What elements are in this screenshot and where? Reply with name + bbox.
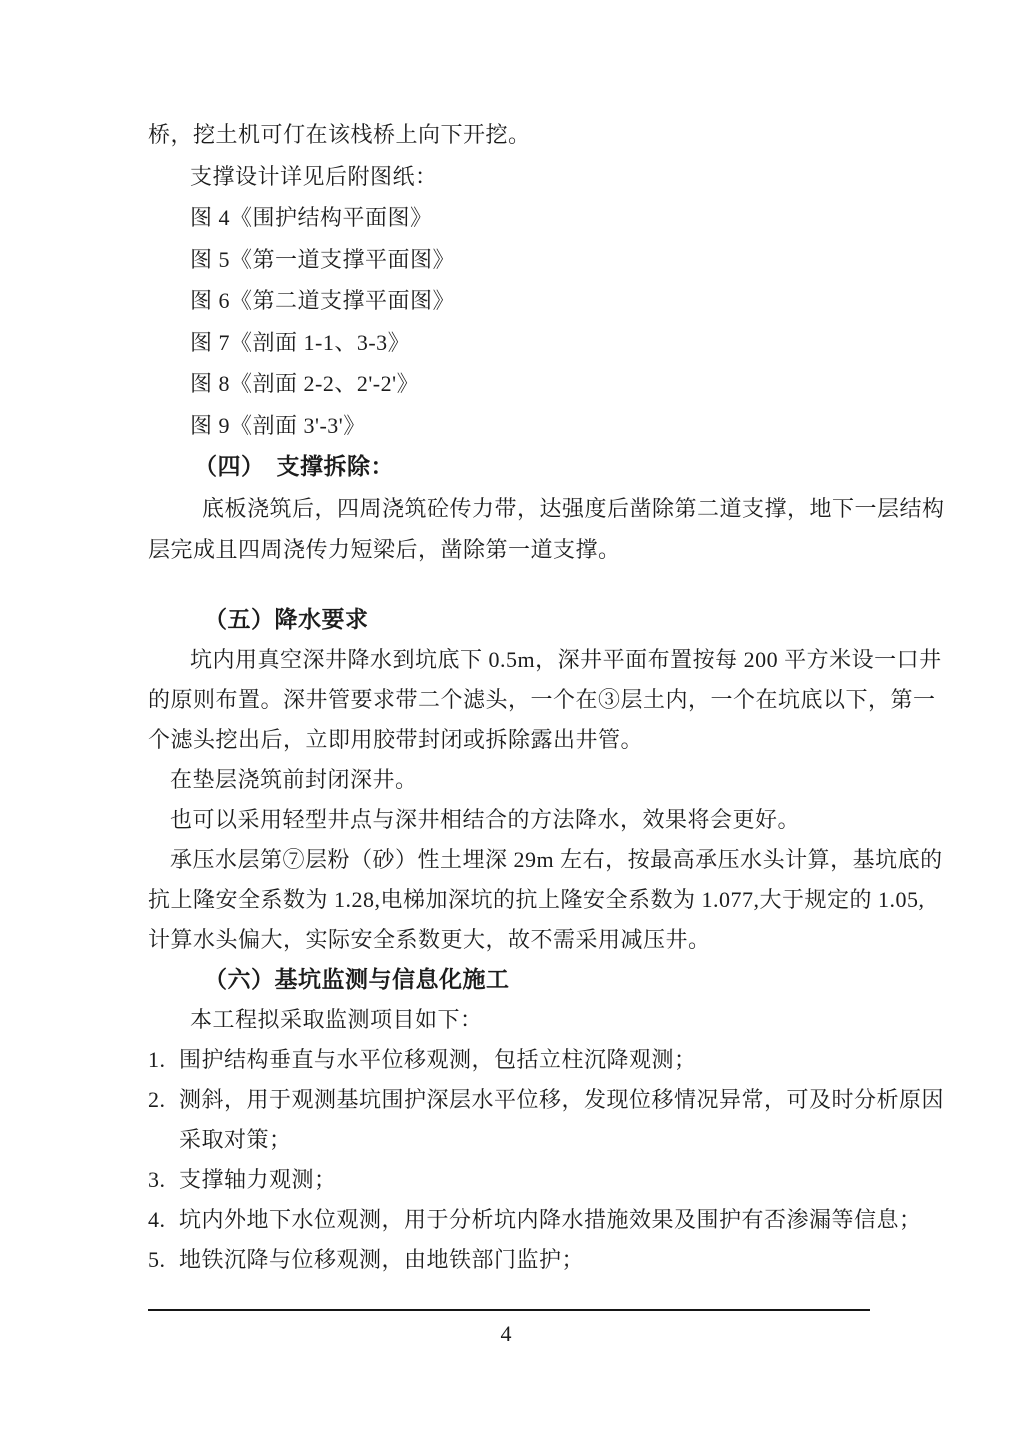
figure-reference: 图 5《第一道支撑平面图》 <box>148 239 870 281</box>
figure-reference: 图 9《剖面 3'-3'》 <box>148 405 870 447</box>
section-top: 桥，挖土机可仃在该栈桥上向下开挖。 支撑设计详见后附图纸： 图 4《围护结构平面… <box>148 114 870 571</box>
page-number: 4 <box>0 1319 1012 1349</box>
text-line: 底板浇筑后，四周浇筑砼传力带，达强度后凿除第二道支撑，地下一层结构 <box>148 488 870 530</box>
text-line: 坑内用真空深井降水到坑底下 0.5m，深井平面布置按每 200 平方米设一口井 <box>148 640 870 680</box>
document-page: 桥，挖土机可仃在该栈桥上向下开挖。 支撑设计详见后附图纸： 图 4《围护结构平面… <box>0 0 1012 1431</box>
list-number: 1. <box>148 1040 166 1080</box>
text-line: 抗上隆安全系数为 1.28,电梯加深坑的抗上隆安全系数为 1.077,大于规定的… <box>148 880 870 920</box>
figure-reference: 图 4《围护结构平面图》 <box>148 197 870 239</box>
page-content: 桥，挖土机可仃在该栈桥上向下开挖。 支撑设计详见后附图纸： 图 4《围护结构平面… <box>148 114 870 1280</box>
text-line: 层完成且四周浇传力短梁后，凿除第一道支撑。 <box>148 529 870 571</box>
list-item: 3. 支撑轴力观测； <box>148 1160 870 1200</box>
text-line: 个滤头挖出后，立即用胶带封闭或拆除露出井管。 <box>148 720 870 760</box>
text-line: 桥，挖土机可仃在该栈桥上向下开挖。 <box>148 114 870 156</box>
section-heading-5: （五）降水要求 <box>148 600 870 640</box>
section-heading-4: （四） 支撑拆除： <box>148 446 870 488</box>
list-item: 2. 测斜，用于观测基坑围护深层水平位移，发现位移情况异常，可及时分析原因 <box>148 1080 870 1120</box>
list-item-continuation: 采取对策； <box>148 1120 870 1160</box>
figure-reference: 图 8《剖面 2-2、2'-2'》 <box>148 363 870 405</box>
text-line: 承压水层第⑦层粉（砂）性土埋深 29m 左右，按最高承压水头计算，基坑底的 <box>148 840 870 880</box>
text-line: 本工程拟采取监测项目如下： <box>148 1000 870 1040</box>
text-line: 在垫层浇筑前封闭深井。 <box>148 760 870 800</box>
section-bottom: （五）降水要求 坑内用真空深井降水到坑底下 0.5m，深井平面布置按每 200 … <box>148 600 870 1280</box>
list-item-text: 围护结构垂直与水平位移观测，包括立柱沉降观测； <box>179 1047 697 1072</box>
section-heading-6: （六）基坑监测与信息化施工 <box>148 960 870 1000</box>
list-item-text: 测斜，用于观测基坑围护深层水平位移，发现位移情况异常，可及时分析原因 <box>179 1087 944 1112</box>
list-number: 2. <box>148 1080 166 1120</box>
paragraph-spacer <box>148 571 870 600</box>
list-item-text: 支撑轴力观测； <box>179 1167 337 1192</box>
list-item-text: 坑内外地下水位观测，用于分析坑内降水措施效果及围护有否渗漏等信息； <box>179 1207 922 1232</box>
figure-reference: 图 6《第二道支撑平面图》 <box>148 280 870 322</box>
text-line: 计算水头偏大，实际安全系数更大，故不需采用减压井。 <box>148 920 870 960</box>
list-number: 4. <box>148 1200 166 1240</box>
list-item: 1. 围护结构垂直与水平位移观测，包括立柱沉降观测； <box>148 1040 870 1080</box>
list-item: 5. 地铁沉降与位移观测，由地铁部门监护； <box>148 1240 870 1280</box>
list-item-text: 地铁沉降与位移观测，由地铁部门监护； <box>179 1247 584 1272</box>
list-item: 4. 坑内外地下水位观测，用于分析坑内降水措施效果及围护有否渗漏等信息； <box>148 1200 870 1240</box>
figure-reference: 图 7《剖面 1-1、3-3》 <box>148 322 870 364</box>
list-number: 5. <box>148 1240 166 1280</box>
list-number: 3. <box>148 1160 166 1200</box>
text-line: 支撑设计详见后附图纸： <box>148 156 870 198</box>
text-line: 的原则布置。深井管要求带二个滤头，一个在③层土内，一个在坑底以下，第一 <box>148 680 870 720</box>
text-line: 也可以采用轻型井点与深井相结合的方法降水，效果将会更好。 <box>148 800 870 840</box>
footer-separator <box>148 1309 870 1311</box>
